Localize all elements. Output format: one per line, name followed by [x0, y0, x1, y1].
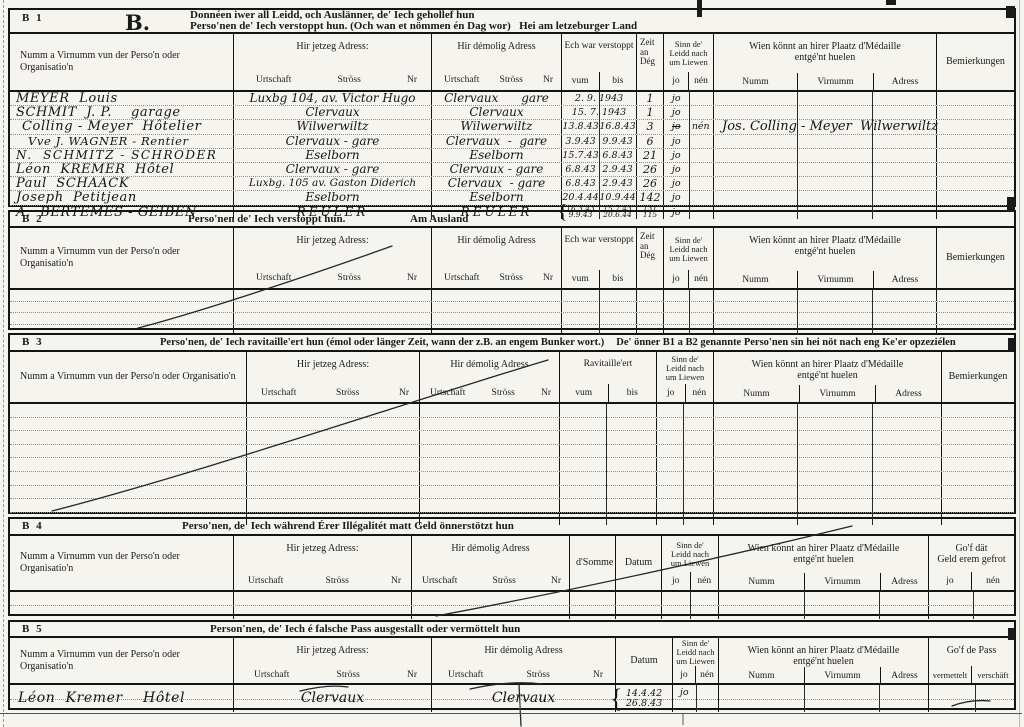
col-demolig-adress: Hir démolig Adress UrtschaftStrössNr: [420, 352, 560, 402]
b1-rows: MEYER Louis Luxbg 104, av. Victor Hugo C…: [10, 92, 1014, 219]
col-jetzeg-adress: Hir jetzeg Adress: UrtschaftStrössNr: [234, 34, 432, 90]
entry-name: Léon Kremer Hôtel: [10, 693, 185, 704]
entry-jo: jo: [664, 178, 689, 189]
b4-row: [10, 592, 1014, 606]
col-demolig-adress: Hir démolig Adress UrtschaftStrössNr: [432, 228, 562, 288]
page-edge-right: [1019, 0, 1020, 727]
b1-row: Colling - Meyer Hôtelier Wilwerwiltz Wil…: [10, 120, 1014, 134]
b3-title2: De' önner B1 a B2 genannte Perso'nen sin…: [616, 337, 955, 348]
divider-numm-virnumm: [804, 592, 805, 619]
divider-pass-sub: [975, 685, 976, 712]
entry-demolig: Clervaux - gare: [432, 164, 561, 175]
page-edge-left: [3, 0, 4, 727]
divider-vum-bis: [599, 290, 600, 335]
entry-name: MEYER Louis: [10, 93, 118, 104]
b5-rows: Léon Kremer Hôtel Clervaux Clervaux {14.…: [10, 685, 1014, 712]
entry-demolig: Eselborn: [432, 150, 561, 161]
entry-name: A. BERTEMES - GEIBEN: [10, 207, 197, 218]
entry-zeit: 26: [637, 164, 663, 175]
b3-row: [10, 431, 1014, 445]
b1-row: Paul SCHAACK Luxbg. 105 av. Gaston Dider…: [10, 177, 1014, 191]
b1-row: Vve J. WAGNER - Rentier Clervaux - gare …: [10, 135, 1014, 149]
entry-vum: 15.7.43: [562, 150, 599, 161]
entry-bis: 16.8.43: [599, 121, 636, 132]
divider-virnumm-adress: [872, 92, 873, 219]
col-jetzeg-adress: Hir jetzeg Adress: UrtschaftStrössNr: [234, 228, 432, 288]
section-b4: B 4 Perso'nen, de' Iech während Érer Ill…: [8, 517, 1016, 616]
col-numm: Numm a Virnumm vun der Perso'n oder Orga…: [10, 638, 234, 684]
b1-column-header: Numm a Virnumm vun der Perso'n oder Orga…: [10, 34, 1014, 92]
col-wien: Wien könnt an hirer Plaatz d'Médailleent…: [719, 536, 929, 590]
col-numm: Numm a Virnumm vun der Perso'n oder Orga…: [10, 536, 234, 590]
entry-nen: nén: [689, 121, 714, 132]
b3-row: [10, 445, 1014, 459]
entry-zeit: 6: [637, 136, 663, 147]
entry-name: Paul SCHAACK: [10, 178, 129, 189]
entry-demolig: Eselborn: [432, 192, 561, 203]
col-ravitailleert: Ravitaille'ert vumbis: [560, 352, 657, 402]
divider-jo-nen: [689, 290, 690, 335]
col-jetzeg-adress: Hir jetzeg Adress: UrtschaftStrössNr: [234, 638, 432, 684]
b4-row: [10, 606, 1014, 619]
entry-demolig: REULER: [432, 207, 561, 218]
entry-wien: Jos. Colling - Meyer Wilwerwiltz: [714, 121, 938, 132]
entry-jo: jo: [664, 107, 689, 118]
scan-artifact: [886, 0, 896, 5]
entry-jetzeg: Eselborn: [234, 150, 431, 161]
entry-jo: jo: [664, 150, 689, 161]
section-b5: B 5 Person'nen, de' Iech é falsche Pass …: [8, 620, 1016, 710]
entry-jetzeg: Luxbg. 105 av. Gaston Diderich: [234, 178, 431, 189]
col-zeit: ZeitanDég: [637, 228, 664, 288]
entry-name: SCHMIT J. P. garage: [10, 107, 181, 118]
entry-jo: jo: [664, 192, 689, 203]
entry-demolig: Wilwerwiltz: [432, 121, 561, 132]
section-b1: B 1 B. Donnéen iwer all Leidd, och Auslä…: [8, 8, 1016, 207]
entry-jo: jo: [664, 136, 689, 147]
b1-title-suffix: Hei am letzeburger Land: [519, 20, 637, 32]
entry-jo: jo: [673, 685, 696, 698]
entry-vum: 13.8.43: [562, 121, 599, 132]
binding-mark: [1006, 6, 1015, 18]
col-numm: Numm a Virnumm vun der Perso'n oder Orga…: [10, 34, 234, 90]
entry-jetzeg: Clervaux - gare: [234, 136, 431, 147]
entry-jo: jo: [664, 207, 689, 218]
divider-gof-jo-nen: [973, 592, 974, 619]
b3-column-header: Numm a Virnumm vun der Perso'n oder Orga…: [10, 352, 1014, 404]
b2-column-header: Numm a Virnumm vun der Perso'n oder Orga…: [10, 228, 1014, 290]
col-bemierkungen: Bemierkungen: [937, 228, 1014, 288]
divider-virnumm-adress: [879, 685, 880, 712]
col-sinn: Sinn de'Leidd nachum Liewen jonén: [673, 638, 719, 684]
col-sinn: Sinn de'Leidd nachum Liewen jonén: [662, 536, 719, 590]
col-numm: Numm a Virnumm vun der Perso'n oder Orga…: [10, 352, 247, 402]
divider-numm-virnumm: [804, 685, 805, 712]
divider-jo-nen: [689, 92, 690, 219]
divider-numm-virnumm: [797, 92, 798, 219]
col-gof-geld: Go'f dätGeld erem gefrot jonén: [929, 536, 1014, 590]
divider-vum-bis: [606, 404, 607, 525]
entry-jetzeg: Eselborn: [234, 192, 431, 203]
entry-zeit: 21: [637, 150, 663, 161]
entry-demolig: Clervaux - gare: [432, 136, 561, 147]
b3-row: [10, 404, 1014, 418]
entry-zeit: 1: [637, 93, 663, 104]
entry-jetzeg: Wilwerwiltz: [234, 121, 431, 132]
col-wien: Wien könnt an hirer Plaatz d'Médailleent…: [714, 228, 937, 288]
section-b3: B 3 Perso'nen, de' Iech ravitaille'ert h…: [8, 333, 1016, 514]
col-datum: Datum: [616, 536, 662, 590]
b3-label: B 3: [22, 336, 44, 348]
divider-virnumm-adress: [872, 404, 873, 525]
b1-title-line2: Perso'nen de' Iech verstoppt hun. (Och w…: [190, 21, 637, 32]
entry-zeit: 26: [637, 178, 663, 189]
b3-row: [10, 418, 1014, 432]
b3-row: [10, 472, 1014, 486]
b3-rows: [10, 404, 1014, 525]
entry-vum: 3.9.43: [562, 136, 599, 147]
b3-row: [10, 458, 1014, 472]
b5-title-band: B 5 Person'nen, de' Iech é falsche Pass …: [10, 622, 1014, 638]
scanned-form-page: { "page": {"paper": "#f5f4ef", "ink": "#…: [0, 0, 1024, 727]
b5-title: Person'nen, de' Iech é falsche Pass ausg…: [210, 624, 520, 635]
entry-name: Léon KREMER Hôtel: [10, 164, 174, 175]
entry-vum: 6.8.43: [562, 178, 599, 189]
entry-zeit: 1: [637, 107, 663, 118]
col-datum: Datum: [616, 638, 673, 684]
b2-row: [10, 302, 1014, 314]
b1-row: Léon KREMER Hôtel Clervaux - gare Clerva…: [10, 163, 1014, 177]
col-jetzeg-adress: Hir jetzeg Adress: UrtschaftStrössNr: [247, 352, 420, 402]
b2-row: [10, 313, 1014, 325]
entry-zeit: 142: [637, 192, 663, 203]
entry-jo: jo: [664, 93, 689, 104]
scan-artifact: [697, 0, 702, 17]
binding-mark: [1008, 338, 1015, 350]
entry-demolig: Clervaux - gare: [432, 178, 561, 189]
divider-numm-virnumm: [797, 290, 798, 335]
col-wien: Wien könnt an hirer Plaatz d'Médailleent…: [714, 352, 942, 402]
col-gof-pass: Go'f de Pass vermetteltverschäft: [929, 638, 1014, 684]
binding-mark: [1008, 628, 1015, 640]
entry-jetzeg: Clervaux: [234, 107, 431, 118]
col-bemierkungen: Bemierkungen: [937, 34, 1014, 90]
b1-title-band: B 1 B. Donnéen iwer all Leidd, och Auslä…: [10, 10, 1014, 34]
entry-demolig: Clervaux: [432, 693, 615, 704]
entry-bis: 9.9.43: [599, 136, 636, 147]
col-demolig-adress: Hir démolig Adress UrtschaftStrössNr: [412, 536, 570, 590]
col-numm: Numm a Virnumm vun der Perso'n oder Orga…: [10, 228, 234, 288]
entry-jetzeg: Clervaux - gare: [234, 164, 431, 175]
b4-column-header: Numm a Virnumm vun der Perso'n oder Orga…: [10, 536, 1014, 592]
col-verstoppt: Ech war verstoppt vumbis: [562, 228, 637, 288]
b1-title: Donnéen iwer all Leidd, och Auslänner, d…: [190, 10, 637, 32]
b1-letter: B.: [125, 10, 150, 35]
b3-title-band: B 3 Perso'nen, de' Iech ravitaille'ert h…: [10, 335, 1014, 352]
col-jetzeg-adress: Hir jetzeg Adress: UrtschaftStrössNr: [234, 536, 412, 590]
entry-name: N. SCHMITZ - SCHRODER: [10, 150, 217, 161]
col-wien: Wien könnt an hirer Plaatz d'Médailleent…: [714, 34, 937, 90]
entry-jo: jo: [664, 164, 689, 175]
b5-label: B 5: [22, 623, 44, 635]
entry-jetzeg: REULER: [234, 207, 431, 218]
b4-label: B 4: [22, 520, 44, 532]
col-somme: d'Somme: [570, 536, 616, 590]
col-sinn: Sinn de'Leidd nachum Liewen jonén: [657, 352, 714, 402]
b2-row: [10, 290, 1014, 302]
b1-row: MEYER Louis Luxbg 104, av. Victor Hugo C…: [10, 92, 1014, 106]
divider-virnumm-adress: [879, 592, 880, 619]
divider-jo-nen: [690, 592, 691, 619]
b3-title: Perso'nen, de' Iech ravitaille'ert hun (…: [160, 337, 604, 348]
entry-datum1: 14.4.42: [616, 689, 672, 699]
entry-name: Vve J. WAGNER - Rentier: [10, 136, 189, 147]
b1-label: B 1: [22, 12, 44, 24]
divider-virnumm-adress: [872, 290, 873, 335]
entry-vum: 2. 9. 1943: [562, 93, 636, 104]
col-sinn: Sinn de'Leidd nachum Liewen jonén: [664, 34, 714, 90]
entry-name: Colling - Meyer Hôtelier: [10, 121, 201, 132]
col-verstoppt: Ech war verstoppt vumbis: [562, 34, 637, 90]
b5-column-header: Numm a Virnumm vun der Perso'n oder Orga…: [10, 638, 1014, 685]
entry-demolig: Clervaux gare: [432, 93, 561, 104]
entry-jetzeg: Luxbg 104, av. Victor Hugo: [234, 93, 431, 104]
b3-row: [10, 499, 1014, 513]
entry-name: Joseph Petitjean: [10, 192, 137, 203]
entry-bis: 2.9.43: [599, 178, 636, 189]
b3-row: [10, 486, 1014, 500]
binding-mark: [1007, 197, 1015, 212]
entry-vum: 6.8.43: [562, 164, 599, 175]
col-bemierkungen: Bemierkungen: [942, 352, 1014, 402]
b2-rows: [10, 290, 1014, 335]
entry-bis: 10.9.44: [599, 192, 636, 203]
entry-bis: 6.8.43: [599, 150, 636, 161]
entry-demolig: Clervaux: [432, 107, 561, 118]
b4-rows: [10, 592, 1014, 619]
col-demolig-adress: Hir démolig Adress UrtschaftStrössNr: [432, 638, 616, 684]
b1-row: SCHMIT J. P. garage Clervaux Clervaux 15…: [10, 106, 1014, 120]
divider-jo-nen: [683, 404, 684, 525]
entry-zeit: 3: [637, 121, 663, 132]
entry-jetzeg: Clervaux: [234, 693, 431, 704]
col-wien: Wien könnt an hirer Plaatz d'Médailleent…: [719, 638, 929, 684]
b1-row: Joseph Petitjean Eselborn Eselborn 20.4.…: [10, 191, 1014, 205]
b4-title-band: B 4 Perso'nen, de' Iech während Érer Ill…: [10, 519, 1014, 536]
entry-datum2: 26.8.43: [616, 699, 672, 709]
entry-bis: 2.9.43: [599, 164, 636, 175]
b4-title: Perso'nen, de' Iech während Érer Illégal…: [182, 521, 514, 532]
section-b2: B 2 Perso'nen de' Iech verstoppt hun. Am…: [8, 210, 1016, 330]
b5-row: Léon Kremer Hôtel Clervaux Clervaux {14.…: [10, 685, 1014, 712]
b1-row: N. SCHMITZ - SCHRODER Eselborn Eselborn …: [10, 149, 1014, 163]
col-demolig-adress: Hir démolig Adress UrtschaftStrössNr: [432, 34, 562, 90]
entry-jo: jo: [664, 121, 689, 132]
col-sinn: Sinn de'Leidd nachum Liewen jonén: [664, 228, 714, 288]
col-zeit: ZeitanDég: [637, 34, 664, 90]
divider-jo-nen: [696, 685, 697, 712]
divider-numm-virnumm: [797, 404, 798, 525]
entry-vum: 15. 7. 1943: [562, 107, 636, 118]
